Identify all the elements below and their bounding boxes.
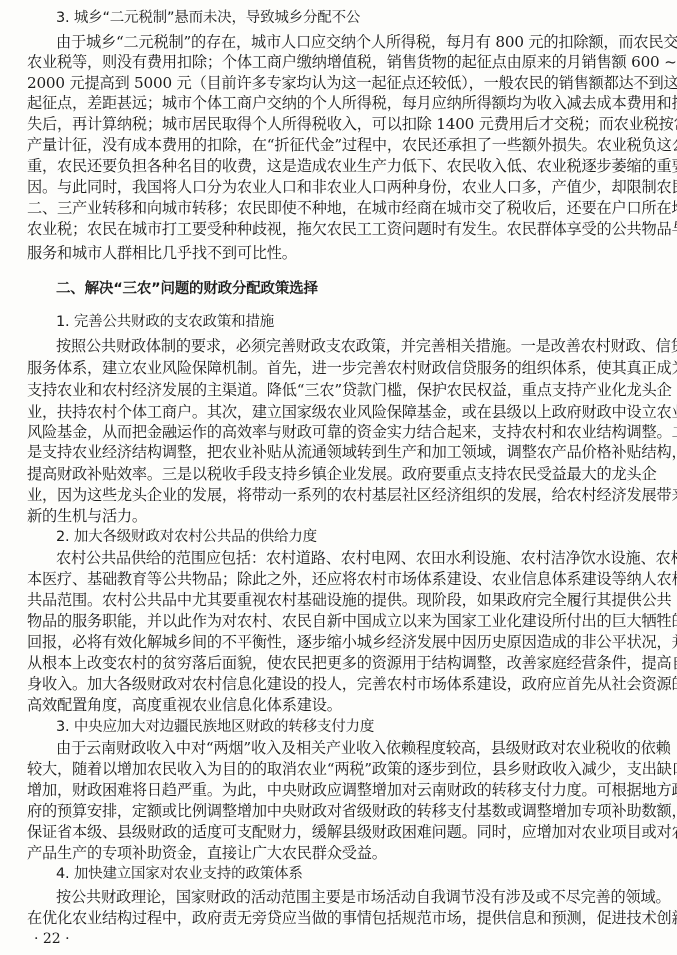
paragraph-line: 因。与此同时，我国将人口分为农业人口和非农业人口两种身份，农业人口多，产值少，却…: [27, 177, 647, 197]
paragraph-line: 身收入。加大各级财政对农村信息化建设的投人，完善农村市场体系建设，政府应首先从社…: [27, 674, 647, 694]
paragraph-line: 农村公共品供给的范围应包括：农村道路、农村电网、农田水利设施、农村洁净饮水设施、…: [56, 548, 647, 568]
paragraph-line: 风险基金，从而把金融运作的高效率与财政可靠的资金实力结合起来，支持农村和农业结构…: [27, 422, 647, 442]
subsection-1-heading: 1. 完善公共财政的支农政策和措施: [56, 312, 647, 332]
paragraph-line: 新的生机与活力。: [27, 506, 647, 526]
paragraph-line: 农业税；农民在城市打工要受种种歧视，拖欠农民工工资问题时有发生。农民群体享受的公…: [27, 219, 647, 239]
paragraph-line: 二、三产业转移和向城市转移；农民即使不种地，在城市经商在城市交了税收后，还要在户…: [27, 198, 647, 218]
paragraph-line: 较大，随着以增加农民收入为目的的取消农业“两税”政策的逐步到位，县乡财政收入减少…: [27, 759, 647, 779]
paragraph-line: 物品的服务职能，并以此作为对农村、农民自新中国成立以来为国家工业化建设所付出的巨…: [27, 611, 647, 631]
paragraph-line: 府的预算安排，定额或比例调整增加中央财政对省级财政的转移支付基数或调整增加专项补…: [27, 801, 647, 821]
document-page: 3. 城乡“二元税制”悬而未决，导致城乡分配不公 由于城乡“二元税制”的存在，城…: [0, 0, 677, 955]
paragraph-line: 按照公共财政体制的要求，必须完善财政支农政策，并完善相关措施。一是改善农村财政、…: [56, 336, 647, 356]
subsection-2-heading: 2. 加大各级财政对农村公共品的供给力度: [56, 527, 647, 547]
paragraph-line: 业，扶持农村个体工商户。其次，建立国家级农业风险保障基金，或在县级以上政府财政中…: [27, 402, 647, 422]
paragraph-line: 产量计征，没有成本费用的扣除，在“折征代金”过程中，农民还承担了一些额外损失。农…: [27, 135, 647, 155]
paragraph-line: 农业税等，则没有费用扣除；个体工商户缴纳增值税，销售货物的起征点由原来的月销售额…: [27, 52, 647, 72]
paragraph-line: 由于云南财政收入中对“两烟”收入及相关产业收入依赖程度较高，县级财政对农业税收的…: [56, 738, 647, 758]
part-2-heading: 二、解决“三农”问题的财政分配政策选择: [56, 279, 647, 299]
paragraph-line: 在优化农业结构过程中，政府责无旁贷应当做的事情包括规范市场，提供信息和预测，促进…: [27, 908, 647, 928]
paragraph-line: 按公共财政理论，国家财政的活动范围主要是市场活动自我调节没有涉及或不尽完善的领域…: [56, 887, 647, 907]
paragraph-line: 业，因为这些龙头企业的发展，将带动一系列的农村基层社区经济组织的发展，给农村经济…: [27, 485, 647, 505]
paragraph-line: 服务体系，建立农业风险保障机制。首先，进一步完善农村财政信贷服务的组织体系，使其…: [27, 358, 647, 378]
paragraph-line: 产品生产的专项补助资金，直接让广大农民群众受益。: [27, 843, 647, 863]
paragraph-line: 增加，财政困难将日趋严重。为此，中央财政应调整增加对云南财政的转移支付力度。可根…: [27, 780, 647, 800]
paragraph-line: 从根本上改变农村的贫穷落后面貌，使农民把更多的资源用于结构调整，改善家庭经营条件…: [27, 653, 647, 673]
paragraph-line: 由于城乡“二元税制”的存在，城市人口应交纳个人所得税，每月有 800 元的扣除额…: [56, 32, 647, 52]
paragraph-line: 起征点，差距甚远；城市个体工商户交纳的个人所得税，每月应纳所得额均为收入减去成本…: [27, 93, 647, 113]
paragraph-line: 失后，再计算纳税；城市居民取得个人所得税收入，可以扣除 1400 元费用后才交税…: [27, 114, 647, 134]
section-3-heading: 3. 城乡“二元税制”悬而未决，导致城乡分配不公: [56, 8, 647, 28]
paragraph-line: 2000 元提高到 5000 元（目前许多专家均认为这一起征点还较低），一般农民…: [27, 73, 647, 93]
subsection-4-heading: 4. 加快建立国家对农业支持的政策体系: [56, 864, 647, 884]
page-number: · 22 ·: [34, 931, 70, 947]
paragraph-line: 回报，必将有效化解城乡间的不平衡性，逐步缩小城乡经济发展中因历史原因造成的非公平…: [27, 632, 647, 652]
paragraph-line: 支持农业和农村经济发展的主渠道。降低“三农”贷款门槛，保护农民权益，重点支持产业…: [27, 380, 647, 400]
paragraph-line: 共品范围。农村公共品中尤其要重视农村基础设施的提供。现阶段，如果政府完全履行其提…: [27, 590, 647, 610]
paragraph-line: 提高财政补贴效率。三是以税收手段支持乡镇企业发展。政府要重点支持农民受益最大的龙…: [27, 464, 647, 484]
paragraph-line: 是支持农业经济结构调整，把农业补贴从流通领域转到生产和加工领域，调整农产品价格补…: [27, 442, 647, 462]
subsection-3-heading: 3. 中央应加大对边疆民族地区财政的转移支付力度: [56, 717, 647, 737]
paragraph-line: 保证省本级、县级财政的适度可支配财力，缓解县级财政困难问题。同时，应增加对农业项…: [27, 822, 647, 842]
paragraph-line: 本医疗、基础教育等公共物品；除此之外，还应将农村市场体系建设、农业信息体系建设等…: [27, 569, 647, 589]
paragraph-line: 高效配置角度，高度重视农业信息化体系建设。: [27, 695, 647, 715]
paragraph-line: 重，农民还要负担各种名目的收费，这是造成农业生产力低下、农民收入低、农业税逐步萎…: [27, 156, 647, 176]
paragraph-line: 服务和城市人群相比几乎找不到可比性。: [27, 243, 647, 263]
